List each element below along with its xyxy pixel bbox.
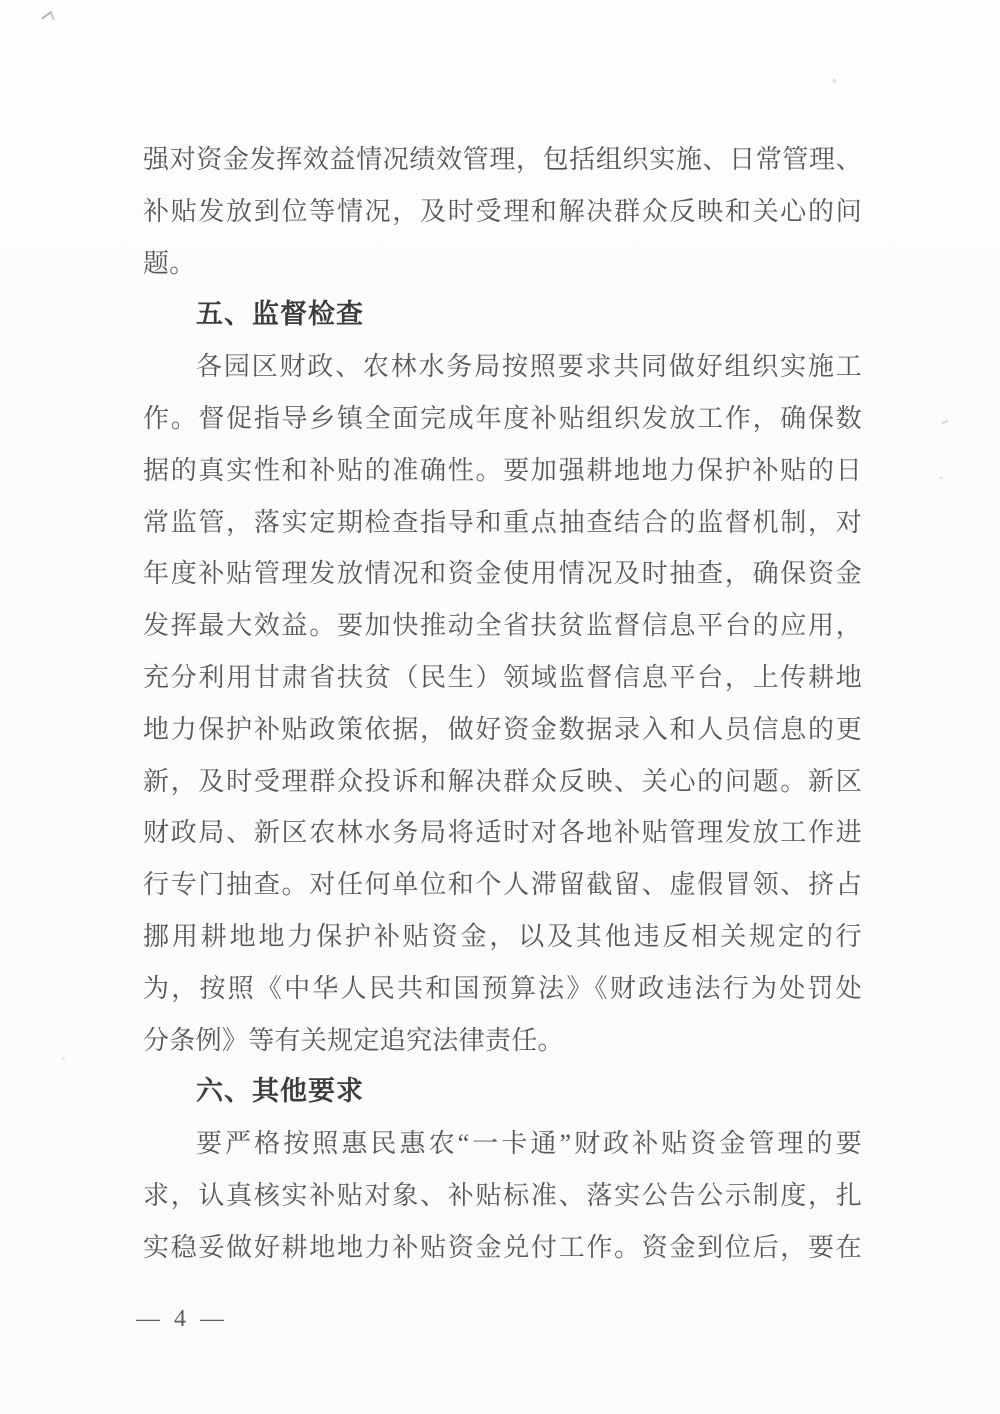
document-body: 强对资金发挥效益情况绩效管理，包括组织实施、日常管理、 补贴发放到位等情况，及时… bbox=[143, 134, 862, 1274]
text-line: 地力保护补贴政策依据，做好资金数据录入和人员信息的更 bbox=[143, 704, 862, 756]
text-line: 据的真实性和补贴的准确性。要加强耕地地力保护补贴的日 bbox=[143, 445, 862, 497]
text-line: 补贴发放到位等情况，及时受理和解决群众反映和关心的问 bbox=[143, 186, 862, 238]
text-line: 常监管，落实定期检查指导和重点抽查结合的监督机制，对 bbox=[143, 497, 862, 549]
text-line: 各园区财政、农林水务局按照要求共同做好组织实施工 bbox=[143, 341, 862, 393]
scan-artifact bbox=[62, 1057, 65, 1060]
document-page: 强对资金发挥效益情况绩效管理，包括组织实施、日常管理、 补贴发放到位等情况，及时… bbox=[0, 0, 1000, 1414]
text-line: 实稳妥做好耕地地力补贴资金兑付工作。资金到位后，要在 bbox=[143, 1222, 862, 1274]
text-line: 财政局、新区农林水务局将适时对各地补贴管理发放工作进 bbox=[143, 807, 862, 859]
scan-artifact bbox=[833, 79, 836, 83]
text-line: 题。 bbox=[143, 238, 862, 290]
scan-artifact bbox=[41, 11, 54, 27]
text-line: 行专门抽查。对任何单位和个人滞留截留、虚假冒领、挤占 bbox=[143, 859, 862, 911]
scan-artifact bbox=[939, 477, 943, 479]
text-line: 分条例》等有关规定追究法律责任。 bbox=[143, 1015, 862, 1067]
text-line: 要严格按照惠民惠农“一卡通”财政补贴资金管理的要 bbox=[143, 1118, 862, 1170]
scan-artifact bbox=[942, 420, 948, 424]
text-line: 发挥最大效益。要加快推动全省扶贫监督信息平台的应用， bbox=[143, 600, 862, 652]
text-line: 年度补贴管理发放情况和资金使用情况及时抽查，确保资金 bbox=[143, 548, 862, 600]
text-line: 充分利用甘肃省扶贫（民生）领域监督信息平台，上传耕地 bbox=[143, 652, 862, 704]
text-line: 新，及时受理群众投诉和解决群众反映、关心的问题。新区 bbox=[143, 756, 862, 808]
text-line: 求，认真核实补贴对象、补贴标准、落实公告公示制度，扎 bbox=[143, 1170, 862, 1222]
page-number: — 4 — bbox=[136, 1306, 228, 1333]
section-heading: 五、监督检查 bbox=[143, 289, 862, 341]
text-line: 为，按照《中华人民共和国预算法》《财政违法行为处罚处 bbox=[143, 963, 862, 1015]
text-line: 挪用耕地地力保护补贴资金，以及其他违反相关规定的行 bbox=[143, 911, 862, 963]
text-line: 作。督促指导乡镇全面完成年度补贴组织发放工作，确保数 bbox=[143, 393, 862, 445]
section-heading: 六、其他要求 bbox=[143, 1066, 862, 1118]
text-line: 强对资金发挥效益情况绩效管理，包括组织实施、日常管理、 bbox=[143, 134, 862, 186]
